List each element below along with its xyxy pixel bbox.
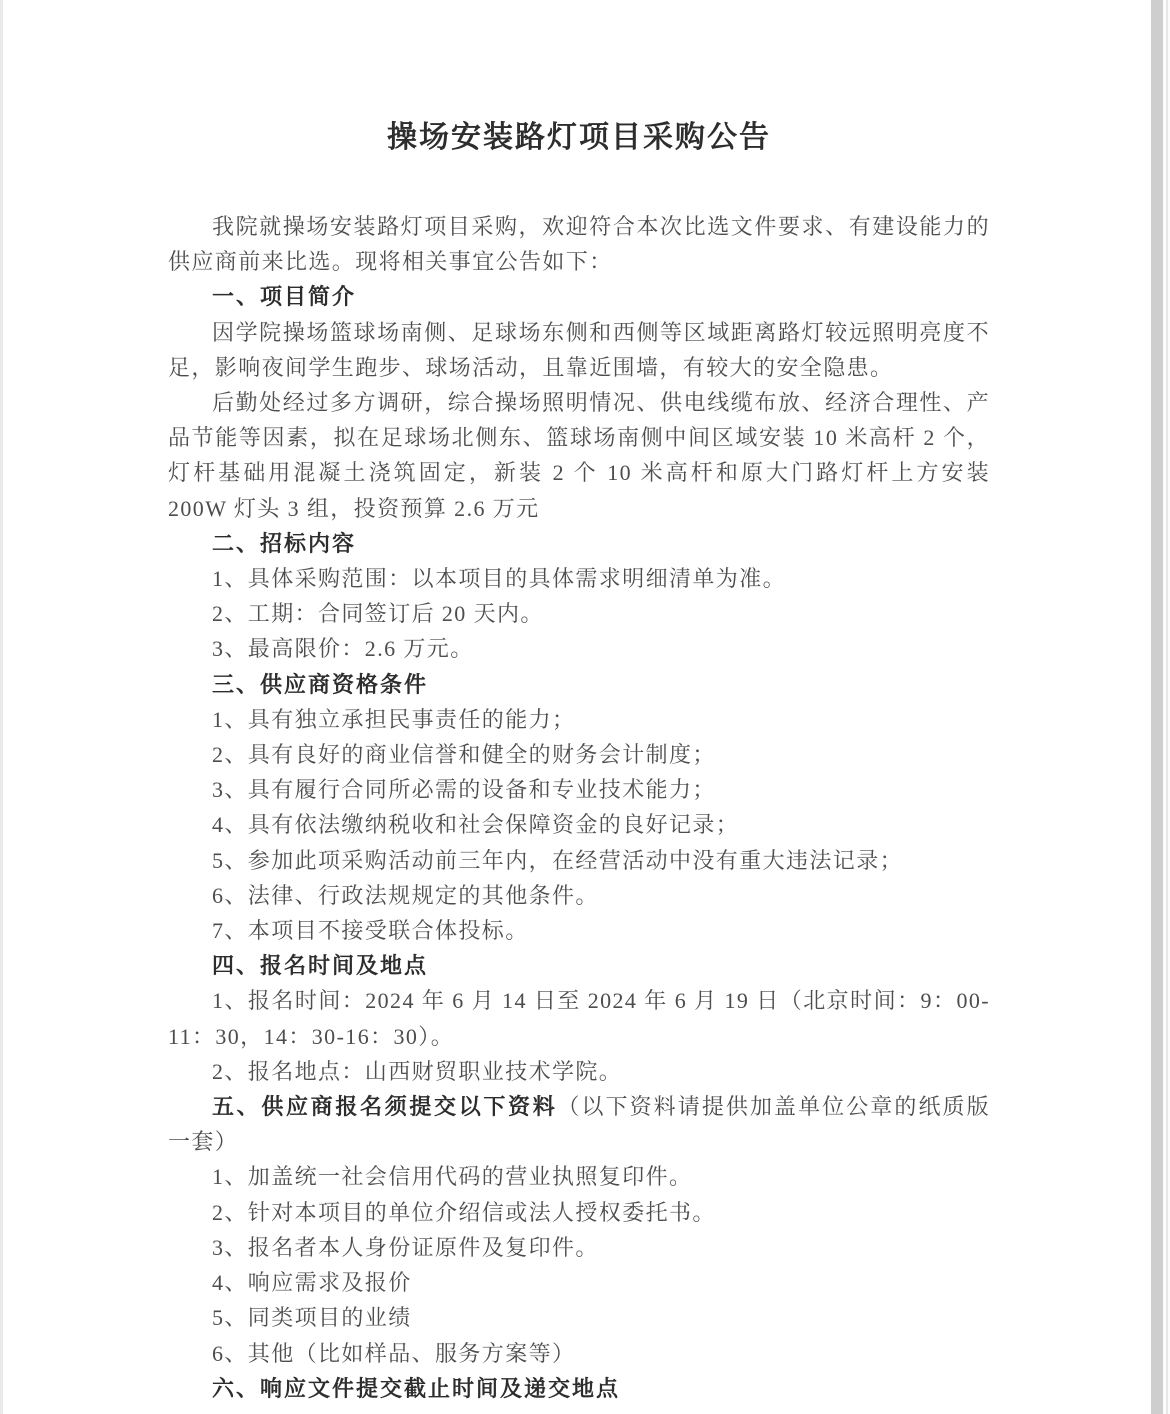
section-heading: 三、供应商资格条件 (168, 667, 990, 702)
list-item: 7、本项目不接受联合体投标。 (168, 913, 990, 948)
list-item: 3、最高限价：2.6 万元。 (168, 631, 990, 666)
document-page: 操场安装路灯项目采购公告 我院就操场安装路灯项目采购，欢迎符合本次比选文件要求、… (3, 0, 1151, 1414)
list-item: 5、同类项目的业绩 (168, 1300, 990, 1335)
list-item: 3、具有履行合同所必需的设备和专业技术能力； (168, 772, 990, 807)
list-item: 5、参加此项采购活动前三年内，在经营活动中没有重大违法记录； (168, 843, 990, 878)
paragraph: 后勤处经过多方调研，综合操场照明情况、供电线缆布放、经济合理性、产品节能等因素，… (168, 385, 990, 526)
list-item: 3、报名者本人身份证原件及复印件。 (168, 1230, 990, 1265)
list-item: 1、具有独立承担民事责任的能力； (168, 702, 990, 737)
section-heading: 二、招标内容 (168, 526, 990, 561)
list-item: 4、具有依法缴纳税收和社会保障资金的良好记录； (168, 807, 990, 842)
list-item: 4、响应需求及报价 (168, 1265, 990, 1300)
intro-paragraph: 我院就操场安装路灯项目采购，欢迎符合本次比选文件要求、有建设能力的供应商前来比选… (168, 209, 990, 279)
section-heading: 一、项目简介 (168, 279, 990, 314)
next-page-edge-line (1166, 0, 1168, 1414)
paragraph: 因学院操场篮球场南侧、足球场东侧和西侧等区域距离路灯较远照明亮度不足，影响夜间学… (168, 315, 990, 385)
section-heading-mixed: 五、供应商报名须提交以下资料（以下资料请提供加盖单位公章的纸质版一套） (168, 1089, 990, 1159)
list-item: 2、工期：合同签订后 20 天内。 (168, 596, 990, 631)
list-item: 1、具体采购范围：以本项目的具体需求明细清单为准。 (168, 561, 990, 596)
document-title: 操场安装路灯项目采购公告 (168, 116, 990, 160)
section-heading: 六、响应文件提交截止时间及递交地点 (168, 1371, 990, 1406)
list-item: 6、其他（比如样品、服务方案等） (168, 1336, 990, 1371)
list-item: 2、报名地点：山西财贸职业技术学院。 (168, 1054, 990, 1089)
list-item: 1、报名时间：2024 年 6 月 14 日至 2024 年 6 月 19 日（… (168, 983, 990, 1053)
viewer-left-edge (0, 0, 3, 1414)
list-item: 2、针对本项目的单位介绍信或法人授权委托书。 (168, 1195, 990, 1230)
list-item: 1、加盖统一社会信用代码的营业执照复印件。 (168, 1159, 990, 1194)
section-heading: 五、供应商报名须提交以下资料 (212, 1094, 557, 1119)
page-margin-gutter (1151, 0, 1163, 1414)
document-content: 操场安装路灯项目采购公告 我院就操场安装路灯项目采购，欢迎符合本次比选文件要求、… (168, 0, 990, 1406)
list-item: 2、具有良好的商业信誉和健全的财务会计制度； (168, 737, 990, 772)
section-heading: 四、报名时间及地点 (168, 948, 990, 983)
list-item: 6、法律、行政法规规定的其他条件。 (168, 878, 990, 913)
